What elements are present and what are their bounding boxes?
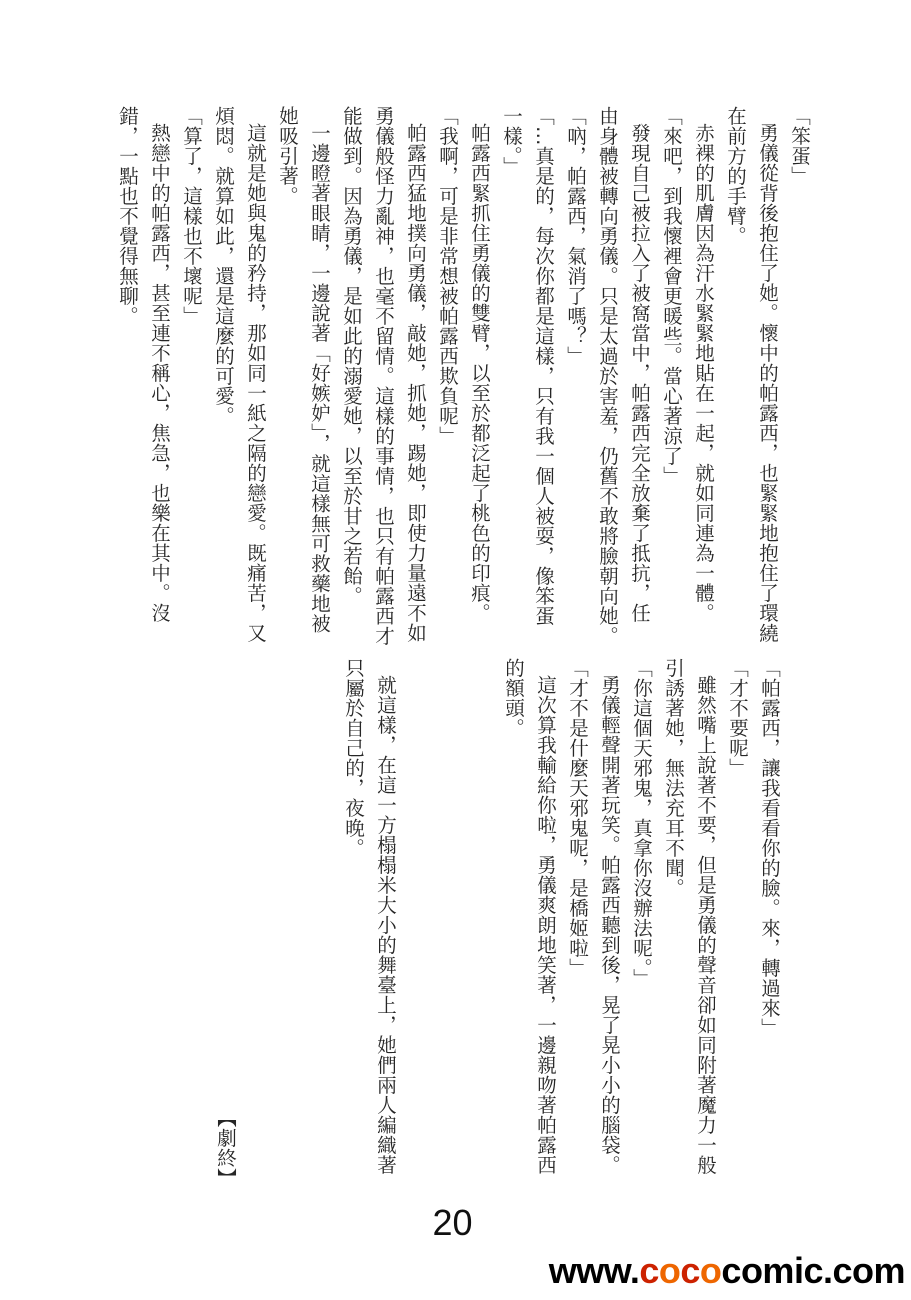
text-column: 這就是她與鬼的矜持，那如同一紙之隔的戀愛。既痛苦，又 bbox=[239, 106, 271, 662]
text-column: 只屬於自己的，夜晚。 bbox=[337, 658, 369, 1188]
text-column: 引誘著她，無法充耳不聞。 bbox=[657, 658, 689, 1188]
page-number: 20 bbox=[0, 1202, 905, 1244]
text-band-upper: 「笨蛋」勇儀從背後抱住了她。懷中的帕露西，也緊緊地抱住了環繞在前方的手臂。赤裸的… bbox=[111, 106, 815, 662]
text-column: 「來吧，到我懷裡會更暖些。當心著涼了」 bbox=[655, 106, 687, 662]
text-column: 「才不是什麼天邪鬼呢，是橋姬啦」 bbox=[561, 658, 593, 1188]
text-column: 赤裸的肌膚因為汗水緊緊地貼在一起，就如同連為一體。 bbox=[687, 106, 719, 662]
spacer-column bbox=[401, 658, 433, 1188]
watermark-highlight-letter: o bbox=[659, 1250, 681, 1291]
text-column: 「你這個天邪鬼，真拿你沒辦法呢。」 bbox=[625, 658, 657, 1188]
spacer-column bbox=[305, 658, 337, 1188]
text-column: 「帕露西，讓我看看你的臉。來，轉過來」 bbox=[753, 658, 785, 1188]
scanned-novel-page: 「笨蛋」勇儀從背後抱住了她。懷中的帕露西，也緊緊地抱住了環繞在前方的手臂。赤裸的… bbox=[0, 0, 911, 1300]
text-band-lower: 「帕露西，讓我看看你的臉。來，轉過來」「才不要呢」雖然嘴上說著不要，但是勇儀的聲… bbox=[209, 658, 785, 1188]
spacer-column bbox=[433, 658, 465, 1188]
spacer-column bbox=[465, 658, 497, 1188]
text-column: 就這樣，在這一方榻榻米大小的舞臺上，她們兩人編織著 bbox=[369, 658, 401, 1188]
text-column: 錯，一點也不覺得無聊。 bbox=[111, 106, 143, 662]
text-column: 「我啊，可是非常想被帕露西欺負呢」 bbox=[431, 106, 463, 662]
text-column: 勇儀從背後抱住了她。懷中的帕露西，也緊緊地抱住了環繞 bbox=[751, 106, 783, 662]
text-column: 勇儀般怪力亂神，也毫不留情。這樣的事情，也只有帕露西才 bbox=[367, 106, 399, 662]
text-column: 發現自己被拉入了被窩當中，帕露西完全放棄了抵抗，任 bbox=[623, 106, 655, 662]
watermark-highlight: coco bbox=[639, 1250, 721, 1291]
text-column: 這次算我輸給你啦，勇儀爽朗地笑著，一邊親吻著帕露西 bbox=[529, 658, 561, 1188]
text-column: 雖然嘴上說著不要，但是勇儀的聲音卻如同附著魔力一般 bbox=[689, 658, 721, 1188]
watermark-highlight-letter: c bbox=[639, 1250, 659, 1291]
text-column: 煩悶。就算如此，還是這麼的可愛。 bbox=[207, 106, 239, 662]
text-column: 帕露西緊抓住勇儀的雙臂，以至於都泛起了桃色的印痕。 bbox=[463, 106, 495, 662]
text-column: 熱戀中的帕露西，甚至連不稱心，焦急，也樂在其中。沒 bbox=[143, 106, 175, 662]
text-column: 她吸引著。 bbox=[271, 106, 303, 662]
text-column: 「…真是的，每次你都是這樣，只有我一個人被耍，像笨蛋 bbox=[527, 106, 559, 662]
spacer-column bbox=[241, 658, 273, 1188]
text-column: 「吶，帕露西，氣消了嗎？」 bbox=[559, 106, 591, 662]
text-column: 帕露西猛地撲向勇儀，敲她，抓她，踢她，即使力量遠不如 bbox=[399, 106, 431, 662]
text-column: 勇儀輕聲開著玩笑。帕露西聽到後，晃了晃小小的腦袋。 bbox=[593, 658, 625, 1188]
text-column: 一邊瞪著眼睛，一邊說著「好嫉妒」，就這樣無可救藥地被 bbox=[303, 106, 335, 662]
spacer-column bbox=[273, 658, 305, 1188]
watermark-prefix: www. bbox=[549, 1250, 640, 1291]
text-column: 「才不要呢」 bbox=[721, 658, 753, 1188]
text-column: 【劇終】 bbox=[209, 658, 241, 1188]
text-column: 「笨蛋」 bbox=[783, 106, 815, 662]
text-column: 由身體被轉向勇儀。只是太過於害羞，仍舊不敢將臉朝向她。 bbox=[591, 106, 623, 662]
watermark: www.cococomic.com bbox=[549, 1250, 905, 1292]
text-column: 能做到。因為勇儀，是如此的溺愛她，以至於甘之若飴。 bbox=[335, 106, 367, 662]
text-column: 在前方的手臂。 bbox=[719, 106, 751, 662]
watermark-highlight-letter: c bbox=[680, 1250, 700, 1291]
watermark-suffix: comic.com bbox=[721, 1250, 905, 1291]
watermark-highlight-letter: o bbox=[700, 1250, 722, 1291]
text-column: 一樣。」 bbox=[495, 106, 527, 662]
text-column: 的額頭。 bbox=[497, 658, 529, 1188]
text-column: 「算了，這樣也不壞呢」 bbox=[175, 106, 207, 662]
